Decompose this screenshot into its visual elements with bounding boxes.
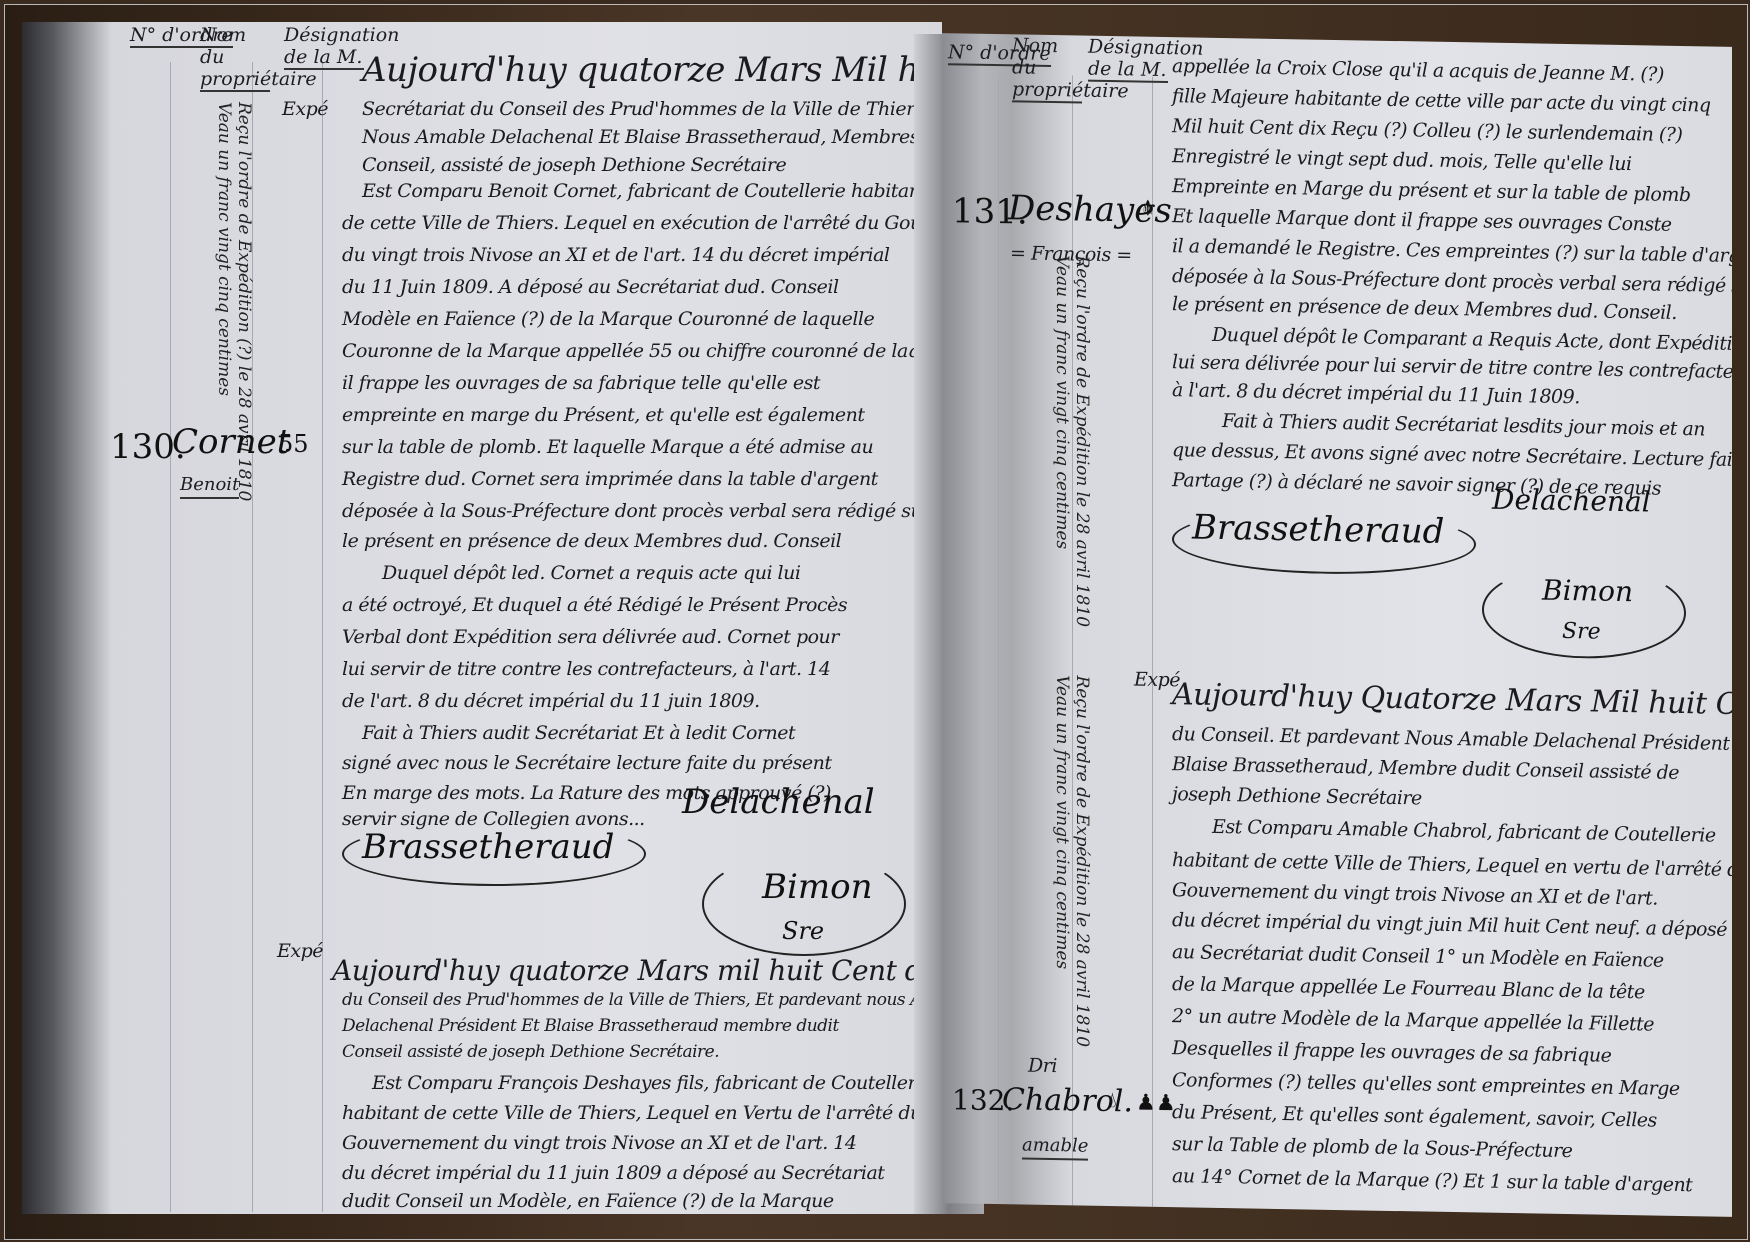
body-line: Fait à Thiers audit Secrétariat Et à led… — [362, 722, 795, 744]
body-line: a été octroyé, Et duquel a été Rédigé le… — [342, 594, 847, 616]
act-line: Gouvernement du vingt trois Nivose an XI… — [1172, 879, 1658, 909]
act-line: du décret impérial du 11 juin 1809 a dép… — [342, 1162, 884, 1184]
body-line: fille Majeure habitante de cette ville p… — [1172, 85, 1711, 116]
body-line: le présent en présence de deux Membres d… — [342, 530, 841, 552]
entry-above-note: Dri — [1028, 1055, 1057, 1078]
drop-mark-icon: 💧︎ — [1108, 1088, 1117, 1113]
signature-delachenal: Delachenal — [1492, 483, 1651, 519]
header-designation: Désignation de la M. — [1088, 36, 1168, 83]
margin-note: Reçu l'ordre de Expédition le 28 avril 1… — [1052, 675, 1092, 1047]
header-name: Nom du propriétaire — [1012, 34, 1082, 103]
figure-mark-icon: ♟ — [1156, 1091, 1176, 1116]
body-line: Et laquelle Marque dont il frappe ses ou… — [1172, 205, 1671, 236]
mark-number: 55 — [278, 430, 309, 458]
act-line: de la Marque appellée Le Fourreau Blanc … — [1172, 973, 1645, 1003]
body-line: il a demandé le Registre. Ces empreintes… — [1172, 235, 1732, 267]
act-line: Aujourd'huy quatorze Mars mil huit Cent … — [332, 954, 942, 987]
body-line: déposée à la Sous-Préfecture dont procès… — [342, 500, 931, 522]
act-line: Est Comparu François Deshayes fils, fabr… — [372, 1072, 932, 1094]
body-line: à l'art. 8 du décret impérial du 11 Juin… — [1172, 379, 1580, 408]
signature-flourish — [702, 852, 906, 956]
body-line: Registre dud. Cornet sera imprimée dans … — [342, 468, 878, 490]
act-line: 2° un autre Modèle de la Marque appellée… — [1172, 1005, 1654, 1035]
body-line: le présent en présence de deux Membres d… — [1172, 293, 1677, 324]
act-line: Aujourd'huy Quatorze Mars Mil huit Cent … — [1172, 677, 1732, 727]
entry-given-name: Benoit — [180, 474, 239, 499]
body-line: Modèle en Faïence (?) de la Marque Couro… — [342, 308, 874, 330]
act-line: Est Comparu Amable Chabrol, fabricant de… — [1212, 816, 1716, 847]
left-page: N° d'ordre Nom du propriétaire Désignati… — [22, 22, 942, 1214]
signature-delachenal: Delachenal — [682, 782, 875, 822]
act-line: du Conseil. Et pardevant Nous Amable Del… — [1172, 723, 1732, 755]
body-line: du vingt trois Nivose an XI et de l'art.… — [342, 244, 890, 266]
act-line: au 14° Cornet de la Marque (?) Et 1 sur … — [1172, 1165, 1692, 1196]
body-line: empreinte en marge du Présent, et qu'ell… — [342, 404, 864, 426]
body-line: que dessus, Et avons signé avec notre Se… — [1172, 439, 1732, 471]
body-line: Mil huit Cent dix Reçu (?) Colleu (?) le… — [1172, 115, 1682, 146]
body-line: Duquel dépôt led. Cornet a requis acte q… — [382, 562, 800, 584]
act-line: habitant de cette Ville de Thiers, Leque… — [1172, 849, 1732, 881]
act-line: Gouvernement du vingt trois Nivose an XI… — [342, 1132, 856, 1154]
act-line: Desquelles il frappe les ouvrages de sa … — [1172, 1037, 1611, 1067]
open-register: N° d'ordre Nom du propriétaire Désignati… — [14, 14, 1720, 1224]
act-line: du Conseil des Prud'hommes de la Ville d… — [342, 990, 942, 1010]
body-line: il frappe les ouvrages de sa fabrique te… — [342, 372, 820, 394]
body-line: lui servir de titre contre les contrefac… — [342, 658, 830, 680]
act-line: sur la Table de plomb de la Sous-Préfect… — [1172, 1133, 1572, 1162]
body-line: sur la table de plomb. Et laquelle Marqu… — [342, 436, 873, 458]
body-line: signé avec nous le Secrétaire lecture fa… — [342, 752, 832, 774]
body-line: Enregistré le vingt sept dud. mois, Tell… — [1172, 145, 1632, 175]
signature-flourish — [1482, 563, 1686, 661]
body-line: appellée la Croix Close qu'il a acquis d… — [1172, 55, 1664, 86]
expe-note: Expé — [282, 98, 328, 120]
body-line: Fait à Thiers audit Secrétariat lesdits … — [1222, 410, 1705, 440]
header-designation: Désignation de la M. — [284, 24, 364, 70]
expe-note: Expé — [277, 940, 323, 962]
header-name: Nom du propriétaire — [200, 24, 270, 92]
figure-mark-icon: ♟ — [1136, 1090, 1156, 1115]
act-line: au Secrétariat dudit Conseil 1° un Modèl… — [1172, 941, 1664, 972]
act-line: Delachenal Président Et Blaise Brassethe… — [342, 1016, 839, 1036]
body-line: Duquel dépôt le Comparant a Requis Acte,… — [1212, 324, 1732, 355]
body-line: déposée à la Sous-Préfecture dont procès… — [1172, 265, 1732, 297]
act-line: du Présent, Et qu'elles sont également, … — [1172, 1101, 1657, 1131]
margin-note: Reçu l'ordre de Expédition le 28 avril 1… — [1052, 255, 1092, 627]
body-line: de l'art. 8 du décret impérial du 11 jui… — [342, 690, 760, 712]
body-line: du 11 Juin 1809. A déposé au Secrétariat… — [342, 276, 839, 298]
act-line: habitant de cette Ville de Thiers, Leque… — [342, 1102, 922, 1124]
act-line: Secrétariat du Conseil des Prud'hommes d… — [362, 98, 942, 120]
entry-surname: Cornet — [172, 422, 290, 462]
act-line: joseph Dethione Secrétaire — [1172, 783, 1422, 809]
body-line: Est Comparu Benoit Cornet, fabricant de … — [362, 180, 928, 202]
act-line: Aujourd'huy quatorze Mars Mil huit Cent … — [362, 50, 942, 90]
body-line: Empreinte en Marge du présent et sur la … — [1172, 175, 1691, 206]
body-line: Verbal dont Expédition sera délivrée aud… — [342, 626, 839, 648]
body-line: de cette Ville de Thiers. Lequel en exéc… — [342, 212, 942, 234]
act-line: Conseil, assisté de joseph Dethione Secr… — [362, 154, 786, 176]
body-line: Couronne de la Marque appellée 55 ou chi… — [342, 340, 942, 362]
act-line: Conformes (?) telles qu'elles sont empre… — [1172, 1069, 1680, 1100]
signature-flourish — [342, 822, 646, 886]
act-line: Blaise Brassetheraud, Membre dudit Conse… — [1172, 753, 1679, 784]
entry-given-name: amable — [1022, 1135, 1088, 1161]
act-line: Conseil assisté de joseph Dethione Secré… — [342, 1042, 719, 1062]
act-line: dudit Conseil un Modèle, en Faïence (?) … — [342, 1190, 834, 1212]
mark-stamp-icon: ⚜ — [1138, 197, 1158, 222]
act-line: Nous Amable Delachenal Et Blaise Brasset… — [362, 126, 942, 148]
right-page: N° d'ordre Nom du propriétaire Désignati… — [942, 33, 1732, 1217]
act-line: du décret impérial du vingt juin Mil hui… — [1172, 909, 1727, 941]
